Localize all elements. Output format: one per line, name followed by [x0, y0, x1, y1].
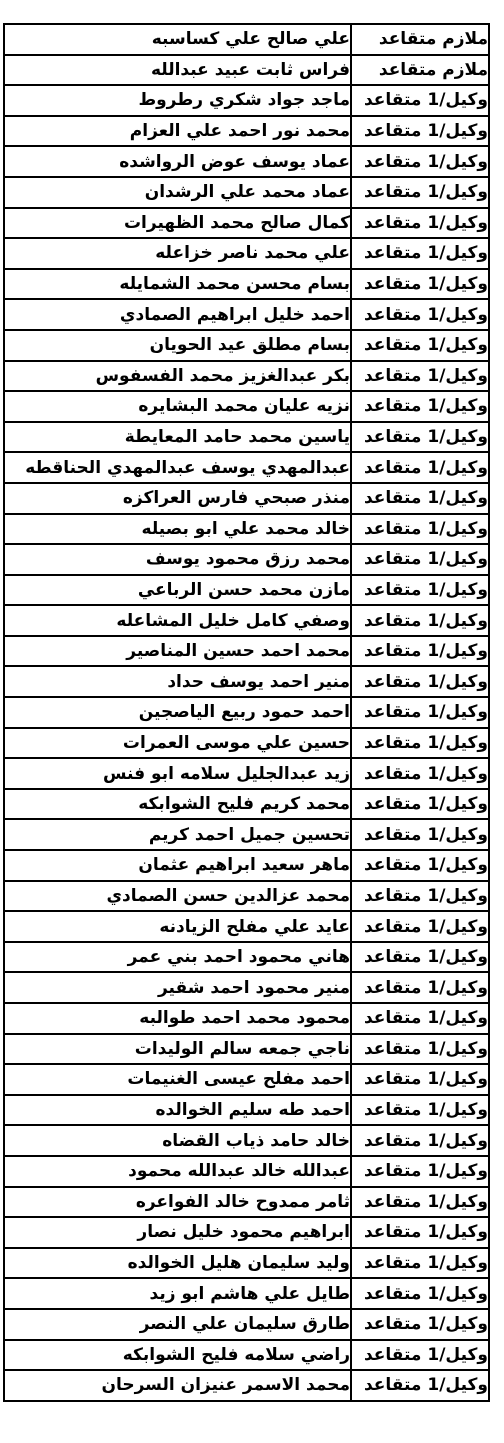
- name-cell: هاني محمود احمد بني عمر: [4, 942, 351, 973]
- rank-cell: وكيل/1 متقاعد: [351, 789, 489, 820]
- name-cell: منير احمد يوسف حداد: [4, 666, 351, 697]
- rank-cell: وكيل/1 متقاعد: [351, 116, 489, 147]
- table-row: وكيل/1 متقاعدبكر عبدالغزيز محمد الفسفوس: [4, 361, 489, 392]
- rank-cell: وكيل/1 متقاعد: [351, 544, 489, 575]
- name-cell: ماهر سعيد ابراهيم عثمان: [4, 850, 351, 881]
- name-cell: وليد سليمان هليل الخوالده: [4, 1248, 351, 1279]
- name-cell: مازن محمد حسن الرباعي: [4, 575, 351, 606]
- rank-cell: وكيل/1 متقاعد: [351, 1370, 489, 1401]
- name-cell: محمد رزق محمود يوسف: [4, 544, 351, 575]
- table-row: وكيل/1 متقاعدعلي محمد ناصر خزاعله: [4, 238, 489, 269]
- name-cell: ثامر ممدوح خالد الفواعره: [4, 1187, 351, 1218]
- table-row: وكيل/1 متقاعدعبدالله خالد عبدالله محمود: [4, 1156, 489, 1187]
- rank-cell: وكيل/1 متقاعد: [351, 1278, 489, 1309]
- name-cell: منير محمود احمد شقير: [4, 972, 351, 1003]
- table-row: وكيل/1 متقاعدماجد جواد شكري رطروط: [4, 85, 489, 116]
- retired-personnel-table: ملازم متقاعدعلي صالح علي كساسبهملازم متق…: [3, 23, 490, 1402]
- rank-cell: وكيل/1 متقاعد: [351, 330, 489, 361]
- name-cell: عبدالمهدي يوسف عبدالمهدي الحناقطه: [4, 452, 351, 483]
- name-cell: راضي سلامه فليح الشوابكه: [4, 1340, 351, 1371]
- table-row: وكيل/1 متقاعدزيد عبدالجليل سلامه ابو فنس: [4, 758, 489, 789]
- rank-cell: وكيل/1 متقاعد: [351, 697, 489, 728]
- table-body: ملازم متقاعدعلي صالح علي كساسبهملازم متق…: [4, 24, 489, 1401]
- rank-cell: وكيل/1 متقاعد: [351, 758, 489, 789]
- table-row: وكيل/1 متقاعداحمد طه سليم الخوالده: [4, 1095, 489, 1126]
- rank-cell: وكيل/1 متقاعد: [351, 728, 489, 759]
- name-cell: بسام مطلق عيد الحويان: [4, 330, 351, 361]
- table-row: ملازم متقاعدفراس ثابت عبيد عبدالله: [4, 55, 489, 86]
- name-cell: طارق سليمان علي النصر: [4, 1309, 351, 1340]
- rank-cell: وكيل/1 متقاعد: [351, 1156, 489, 1187]
- rank-cell: وكيل/1 متقاعد: [351, 1187, 489, 1218]
- rank-cell: وكيل/1 متقاعد: [351, 177, 489, 208]
- name-cell: احمد مفلح عيسى الغنيمات: [4, 1064, 351, 1095]
- table-row: وكيل/1 متقاعداحمد خليل ابراهيم الصمادي: [4, 299, 489, 330]
- table-row: وكيل/1 متقاعدعبدالمهدي يوسف عبدالمهدي ال…: [4, 452, 489, 483]
- name-cell: خالد حامد ذياب القضاه: [4, 1125, 351, 1156]
- rank-cell: وكيل/1 متقاعد: [351, 299, 489, 330]
- rank-cell: وكيل/1 متقاعد: [351, 605, 489, 636]
- name-cell: بسام محسن محمد الشمايله: [4, 269, 351, 300]
- rank-cell: وكيل/1 متقاعد: [351, 452, 489, 483]
- name-cell: محمد كريم فليح الشوابكه: [4, 789, 351, 820]
- table-row: وكيل/1 متقاعدمحمد رزق محمود يوسف: [4, 544, 489, 575]
- name-cell: ناجي جمعه سالم الوليدات: [4, 1034, 351, 1065]
- rank-cell: وكيل/1 متقاعد: [351, 1095, 489, 1126]
- rank-cell: وكيل/1 متقاعد: [351, 361, 489, 392]
- rank-cell: وكيل/1 متقاعد: [351, 575, 489, 606]
- rank-cell: وكيل/1 متقاعد: [351, 1125, 489, 1156]
- rank-cell: وكيل/1 متقاعد: [351, 1340, 489, 1371]
- table-row: وكيل/1 متقاعدمحمد احمد حسين المناصير: [4, 636, 489, 667]
- table-row: وكيل/1 متقاعدمنذر صبحي فارس العراكزه: [4, 483, 489, 514]
- table-row: وكيل/1 متقاعدنزيه عليان محمد البشايره: [4, 391, 489, 422]
- name-cell: عبدالله خالد عبدالله محمود: [4, 1156, 351, 1187]
- rank-cell: وكيل/1 متقاعد: [351, 881, 489, 912]
- table-row: وكيل/1 متقاعدثامر ممدوح خالد الفواعره: [4, 1187, 489, 1218]
- rank-cell: وكيل/1 متقاعد: [351, 422, 489, 453]
- name-cell: محمد الاسمر عنيزان السرحان: [4, 1370, 351, 1401]
- table-row: وكيل/1 متقاعدناجي جمعه سالم الوليدات: [4, 1034, 489, 1065]
- rank-cell: وكيل/1 متقاعد: [351, 1309, 489, 1340]
- rank-cell: وكيل/1 متقاعد: [351, 1064, 489, 1095]
- table-row: ملازم متقاعدعلي صالح علي كساسبه: [4, 24, 489, 55]
- name-cell: ياسين محمد حامد المعايطة: [4, 422, 351, 453]
- table-row: وكيل/1 متقاعداحمد حمود ربيع الياصجين: [4, 697, 489, 728]
- name-cell: احمد حمود ربيع الياصجين: [4, 697, 351, 728]
- name-cell: ابراهيم محمود خليل نصار: [4, 1217, 351, 1248]
- table-row: وكيل/1 متقاعدوصفي كامل خليل المشاعله: [4, 605, 489, 636]
- rank-cell: وكيل/1 متقاعد: [351, 208, 489, 239]
- rank-cell: ملازم متقاعد: [351, 55, 489, 86]
- rank-cell: وكيل/1 متقاعد: [351, 819, 489, 850]
- name-cell: علي صالح علي كساسبه: [4, 24, 351, 55]
- name-cell: احمد طه سليم الخوالده: [4, 1095, 351, 1126]
- name-cell: بكر عبدالغزيز محمد الفسفوس: [4, 361, 351, 392]
- name-cell: منذر صبحي فارس العراكزه: [4, 483, 351, 514]
- table-row: وكيل/1 متقاعدعماد يوسف عوض الرواشده: [4, 146, 489, 177]
- rank-cell: وكيل/1 متقاعد: [351, 1217, 489, 1248]
- table-row: وكيل/1 متقاعدمحمود محمد احمد طوالبه: [4, 1003, 489, 1034]
- table-row: وكيل/1 متقاعدمحمد نور احمد علي العزام: [4, 116, 489, 147]
- name-cell: محمد عزالدين حسن الصمادي: [4, 881, 351, 912]
- rank-cell: وكيل/1 متقاعد: [351, 514, 489, 545]
- name-cell: نزيه عليان محمد البشايره: [4, 391, 351, 422]
- table-row: وكيل/1 متقاعدمازن محمد حسن الرباعي: [4, 575, 489, 606]
- name-cell: ماجد جواد شكري رطروط: [4, 85, 351, 116]
- table-row: وكيل/1 متقاعدمنير محمود احمد شقير: [4, 972, 489, 1003]
- table-row: وكيل/1 متقاعدمحمد عزالدين حسن الصمادي: [4, 881, 489, 912]
- table-row: وكيل/1 متقاعدبسام محسن محمد الشمايله: [4, 269, 489, 300]
- table-row: وكيل/1 متقاعدخالد حامد ذياب القضاه: [4, 1125, 489, 1156]
- name-cell: محمد احمد حسين المناصير: [4, 636, 351, 667]
- rank-cell: وكيل/1 متقاعد: [351, 238, 489, 269]
- table-row: وكيل/1 متقاعدماهر سعيد ابراهيم عثمان: [4, 850, 489, 881]
- table-row: وكيل/1 متقاعدعايد علي مفلح الزيادنه: [4, 911, 489, 942]
- table-row: وكيل/1 متقاعدمحمد الاسمر عنيزان السرحان: [4, 1370, 489, 1401]
- name-cell: محمود محمد احمد طوالبه: [4, 1003, 351, 1034]
- name-cell: محمد نور احمد علي العزام: [4, 116, 351, 147]
- rank-cell: وكيل/1 متقاعد: [351, 850, 489, 881]
- name-cell: خالد محمد علي ابو بصيله: [4, 514, 351, 545]
- rank-cell: وكيل/1 متقاعد: [351, 85, 489, 116]
- table-row: وكيل/1 متقاعدابراهيم محمود خليل نصار: [4, 1217, 489, 1248]
- name-cell: عماد يوسف عوض الرواشده: [4, 146, 351, 177]
- table-row: وكيل/1 متقاعدراضي سلامه فليح الشوابكه: [4, 1340, 489, 1371]
- table-row: وكيل/1 متقاعدمنير احمد يوسف حداد: [4, 666, 489, 697]
- name-cell: عماد محمد علي الرشدان: [4, 177, 351, 208]
- table-row: وكيل/1 متقاعدكمال صالح محمد الظهيرات: [4, 208, 489, 239]
- table-row: وكيل/1 متقاعدبسام مطلق عيد الحويان: [4, 330, 489, 361]
- name-cell: حسين علي موسى العمرات: [4, 728, 351, 759]
- name-cell: كمال صالح محمد الظهيرات: [4, 208, 351, 239]
- rank-cell: وكيل/1 متقاعد: [351, 942, 489, 973]
- table-row: وكيل/1 متقاعدتحسين جميل احمد كريم: [4, 819, 489, 850]
- rank-cell: وكيل/1 متقاعد: [351, 972, 489, 1003]
- rank-cell: وكيل/1 متقاعد: [351, 146, 489, 177]
- table-row: وكيل/1 متقاعدخالد محمد علي ابو بصيله: [4, 514, 489, 545]
- rank-cell: وكيل/1 متقاعد: [351, 636, 489, 667]
- table-row: وكيل/1 متقاعداحمد مفلح عيسى الغنيمات: [4, 1064, 489, 1095]
- table-row: وكيل/1 متقاعدعماد محمد علي الرشدان: [4, 177, 489, 208]
- table-row: وكيل/1 متقاعدوليد سليمان هليل الخوالده: [4, 1248, 489, 1279]
- document-page: ملازم متقاعدعلي صالح علي كساسبهملازم متق…: [0, 0, 504, 1443]
- rank-cell: وكيل/1 متقاعد: [351, 391, 489, 422]
- rank-cell: وكيل/1 متقاعد: [351, 269, 489, 300]
- name-cell: وصفي كامل خليل المشاعله: [4, 605, 351, 636]
- name-cell: طايل علي هاشم ابو زيد: [4, 1278, 351, 1309]
- name-cell: فراس ثابت عبيد عبدالله: [4, 55, 351, 86]
- rank-cell: ملازم متقاعد: [351, 24, 489, 55]
- table-row: وكيل/1 متقاعدهاني محمود احمد بني عمر: [4, 942, 489, 973]
- table-row: وكيل/1 متقاعدمحمد كريم فليح الشوابكه: [4, 789, 489, 820]
- name-cell: زيد عبدالجليل سلامه ابو فنس: [4, 758, 351, 789]
- rank-cell: وكيل/1 متقاعد: [351, 1248, 489, 1279]
- rank-cell: وكيل/1 متقاعد: [351, 1034, 489, 1065]
- name-cell: عايد علي مفلح الزيادنه: [4, 911, 351, 942]
- rank-cell: وكيل/1 متقاعد: [351, 1003, 489, 1034]
- rank-cell: وكيل/1 متقاعد: [351, 911, 489, 942]
- table-row: وكيل/1 متقاعدطارق سليمان علي النصر: [4, 1309, 489, 1340]
- name-cell: علي محمد ناصر خزاعله: [4, 238, 351, 269]
- table-row: وكيل/1 متقاعدحسين علي موسى العمرات: [4, 728, 489, 759]
- table-row: وكيل/1 متقاعدياسين محمد حامد المعايطة: [4, 422, 489, 453]
- name-cell: احمد خليل ابراهيم الصمادي: [4, 299, 351, 330]
- table-row: وكيل/1 متقاعدطايل علي هاشم ابو زيد: [4, 1278, 489, 1309]
- rank-cell: وكيل/1 متقاعد: [351, 483, 489, 514]
- rank-cell: وكيل/1 متقاعد: [351, 666, 489, 697]
- name-cell: تحسين جميل احمد كريم: [4, 819, 351, 850]
